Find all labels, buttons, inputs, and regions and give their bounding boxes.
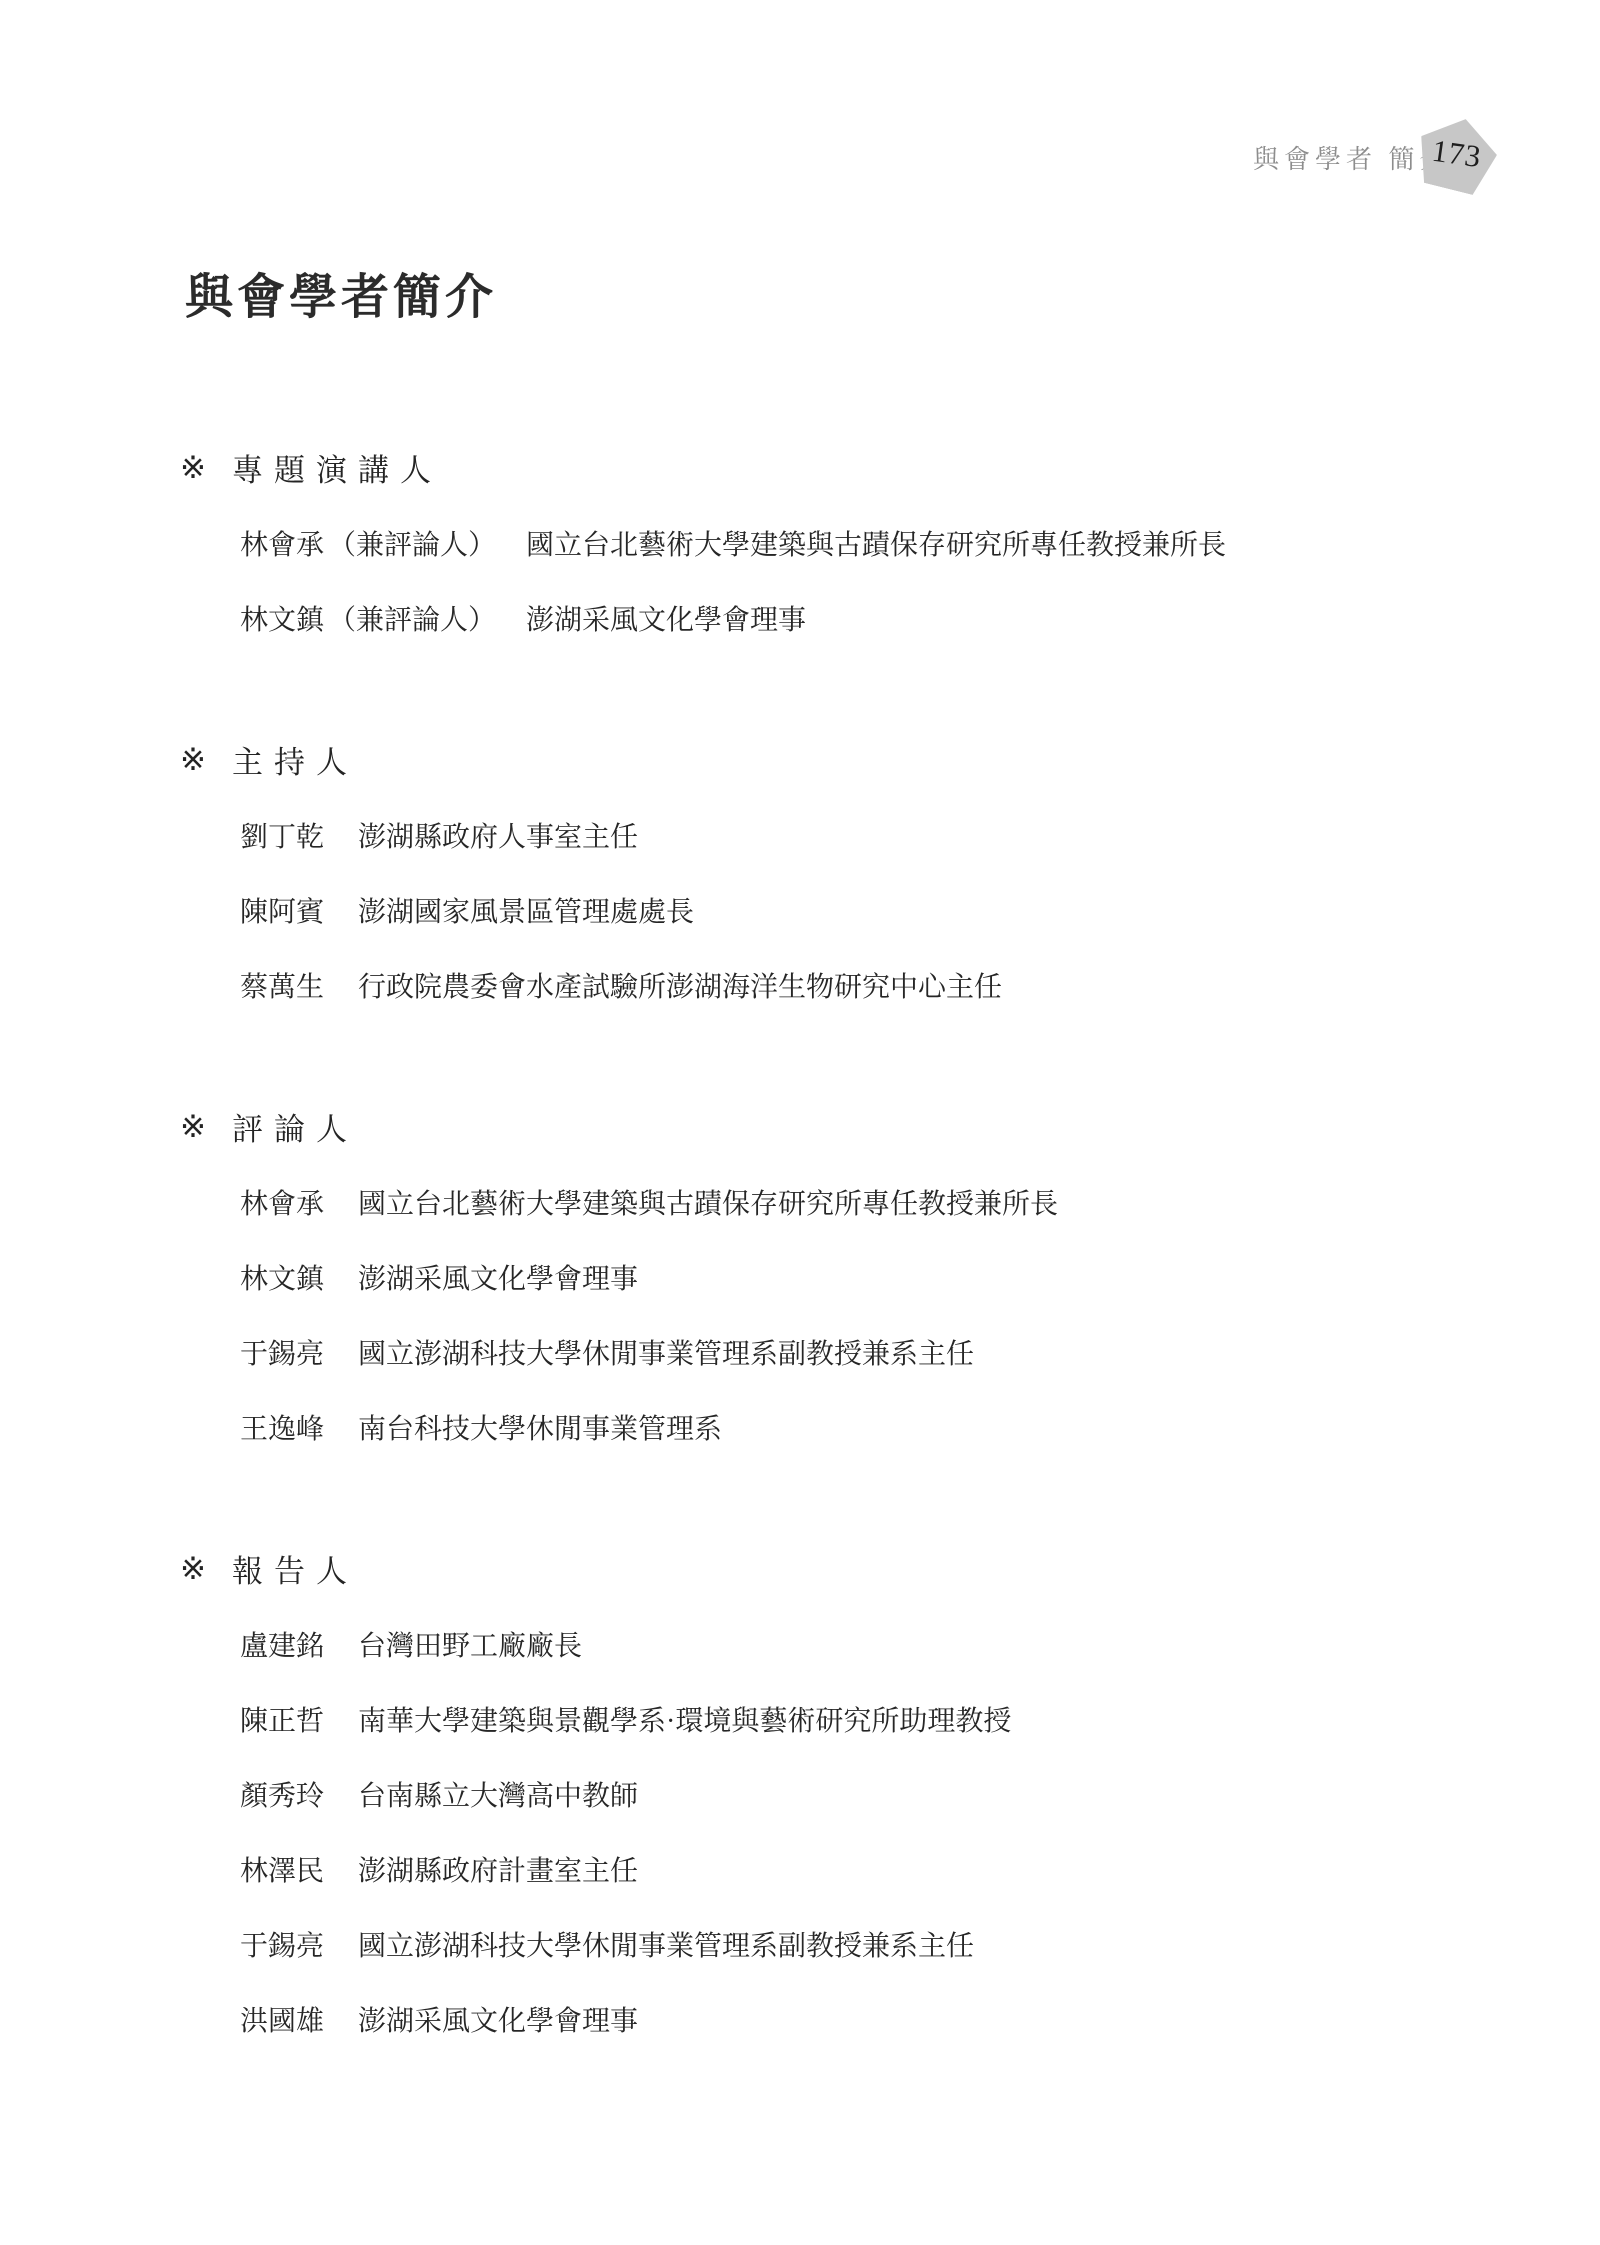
speaker-affiliation: 國立台北藝術大學建築與古蹟保存研究所專任教授兼所長 (526, 523, 1226, 563)
speaker-name: 陳阿賓 (240, 890, 328, 930)
section-heading-label: 專題演講人 (232, 445, 442, 490)
speaker-name: 林澤民 (240, 1849, 328, 1889)
list-item: 王逸峰 南台科技大學休閒事業管理系 (240, 1389, 1460, 1464)
section-moderators: ※ 主持人 劉丁乾 澎湖縣政府人事室主任 陳阿賓 澎湖國家風景區管理處處長 蔡萬… (180, 722, 1460, 1022)
speaker-affiliation: 澎湖采風文化學會理事 (358, 1999, 638, 2039)
list-item: 盧建銘 台灣田野工廠廠長 (240, 1606, 1460, 1681)
section-heading-label: 報告人 (232, 1546, 358, 1591)
section-marker-icon: ※ (180, 1551, 206, 1587)
speaker-affiliation: 澎湖縣政府人事室主任 (358, 815, 638, 855)
speaker-affiliation: 澎湖國家風景區管理處處長 (358, 890, 694, 930)
list-item: 蔡萬生 行政院農委會水產試驗所澎湖海洋生物研究中心主任 (240, 947, 1460, 1022)
speaker-affiliation: 國立澎湖科技大學休閒事業管理系副教授兼系主任 (358, 1332, 974, 1372)
speaker-affiliation: 國立台北藝術大學建築與古蹟保存研究所專任教授兼所長 (358, 1182, 1058, 1222)
section-marker-icon: ※ (180, 1109, 206, 1145)
list-item: 林澤民 澎湖縣政府計畫室主任 (240, 1831, 1460, 1906)
running-header-title: 與會學者 簡介 (1253, 139, 1451, 176)
section-heading: ※ 評論人 (180, 1089, 1460, 1164)
speaker-name: 于錫亮 (240, 1924, 328, 1964)
speaker-note: （兼評論人） (328, 598, 496, 638)
speaker-name: 洪國雄 (240, 1999, 328, 2039)
list-item: 林文鎮 澎湖采風文化學會理事 (240, 1239, 1460, 1314)
list-item: 于錫亮 國立澎湖科技大學休閒事業管理系副教授兼系主任 (240, 1906, 1460, 1981)
speaker-name: 于錫亮 (240, 1332, 328, 1372)
speaker-affiliation: 澎湖采風文化學會理事 (358, 1257, 638, 1297)
section-heading-label: 主持人 (232, 737, 358, 782)
list-item: 林會承 （兼評論人） 國立台北藝術大學建築與古蹟保存研究所專任教授兼所長 (240, 505, 1460, 580)
section-items: 盧建銘 台灣田野工廠廠長 陳正哲 南華大學建築與景觀學系·環境與藝術研究所助理教… (240, 1606, 1460, 2056)
list-item: 陳正哲 南華大學建築與景觀學系·環境與藝術研究所助理教授 (240, 1681, 1460, 1756)
speaker-name: 蔡萬生 (240, 965, 328, 1005)
page-title: 與會學者簡介 (185, 268, 1460, 328)
list-item: 洪國雄 澎湖采風文化學會理事 (240, 1981, 1460, 2056)
list-item: 陳阿賓 澎湖國家風景區管理處處長 (240, 872, 1460, 947)
speaker-name: 林會承 (240, 523, 328, 563)
speaker-affiliation: 澎湖縣政府計畫室主任 (358, 1849, 638, 1889)
page-content: 與會學者簡介 ※ 專題演講人 林會承 （兼評論人） 國立台北藝術大學建築與古蹟保… (180, 268, 1460, 2056)
speaker-affiliation: 行政院農委會水產試驗所澎湖海洋生物研究中心主任 (358, 965, 1002, 1005)
section-commentators: ※ 評論人 林會承 國立台北藝術大學建築與古蹟保存研究所專任教授兼所長 林文鎮 … (180, 1089, 1460, 1464)
speaker-affiliation: 國立澎湖科技大學休閒事業管理系副教授兼系主任 (358, 1924, 974, 1964)
list-item: 于錫亮 國立澎湖科技大學休閒事業管理系副教授兼系主任 (240, 1314, 1460, 1389)
speaker-name: 盧建銘 (240, 1624, 328, 1664)
page-number-badge: 173 (1410, 110, 1503, 199)
list-item: 顏秀玲 台南縣立大灣高中教師 (240, 1756, 1460, 1831)
speaker-name: 林會承 (240, 1182, 328, 1222)
section-marker-icon: ※ (180, 450, 206, 486)
speaker-name: 王逸峰 (240, 1407, 328, 1447)
section-keynote-speakers: ※ 專題演講人 林會承 （兼評論人） 國立台北藝術大學建築與古蹟保存研究所專任教… (180, 430, 1460, 655)
speaker-name: 陳正哲 (240, 1699, 328, 1739)
section-heading: ※ 報告人 (180, 1531, 1460, 1606)
speaker-name: 顏秀玲 (240, 1774, 328, 1814)
section-items: 劉丁乾 澎湖縣政府人事室主任 陳阿賓 澎湖國家風景區管理處處長 蔡萬生 行政院農… (240, 797, 1460, 1022)
section-heading: ※ 專題演講人 (180, 430, 1460, 505)
section-items: 林會承 國立台北藝術大學建築與古蹟保存研究所專任教授兼所長 林文鎮 澎湖采風文化… (240, 1164, 1460, 1464)
list-item: 林文鎮 （兼評論人） 澎湖采風文化學會理事 (240, 580, 1460, 655)
section-presenters: ※ 報告人 盧建銘 台灣田野工廠廠長 陳正哲 南華大學建築與景觀學系·環境與藝術… (180, 1531, 1460, 2056)
speaker-name: 林文鎮 (240, 598, 328, 638)
list-item: 林會承 國立台北藝術大學建築與古蹟保存研究所專任教授兼所長 (240, 1164, 1460, 1239)
speaker-name: 林文鎮 (240, 1257, 328, 1297)
section-heading-label: 評論人 (232, 1104, 358, 1149)
speaker-note: （兼評論人） (328, 523, 496, 563)
speaker-affiliation: 台南縣立大灣高中教師 (358, 1774, 638, 1814)
speaker-affiliation: 澎湖采風文化學會理事 (526, 598, 806, 638)
speaker-affiliation: 南華大學建築與景觀學系·環境與藝術研究所助理教授 (358, 1699, 1011, 1739)
list-item: 劉丁乾 澎湖縣政府人事室主任 (240, 797, 1460, 872)
speaker-name: 劉丁乾 (240, 815, 328, 855)
page-number: 173 (1430, 133, 1484, 176)
section-heading: ※ 主持人 (180, 722, 1460, 797)
scanned-book-page: 與會學者 簡介 173 與會學者簡介 ※ 專題演講人 林會承 （兼評論人） 國立… (0, 0, 1600, 2245)
speaker-affiliation: 南台科技大學休閒事業管理系 (358, 1407, 722, 1447)
section-items: 林會承 （兼評論人） 國立台北藝術大學建築與古蹟保存研究所專任教授兼所長 林文鎮… (240, 505, 1460, 655)
section-marker-icon: ※ (180, 742, 206, 778)
speaker-affiliation: 台灣田野工廠廠長 (358, 1624, 582, 1664)
